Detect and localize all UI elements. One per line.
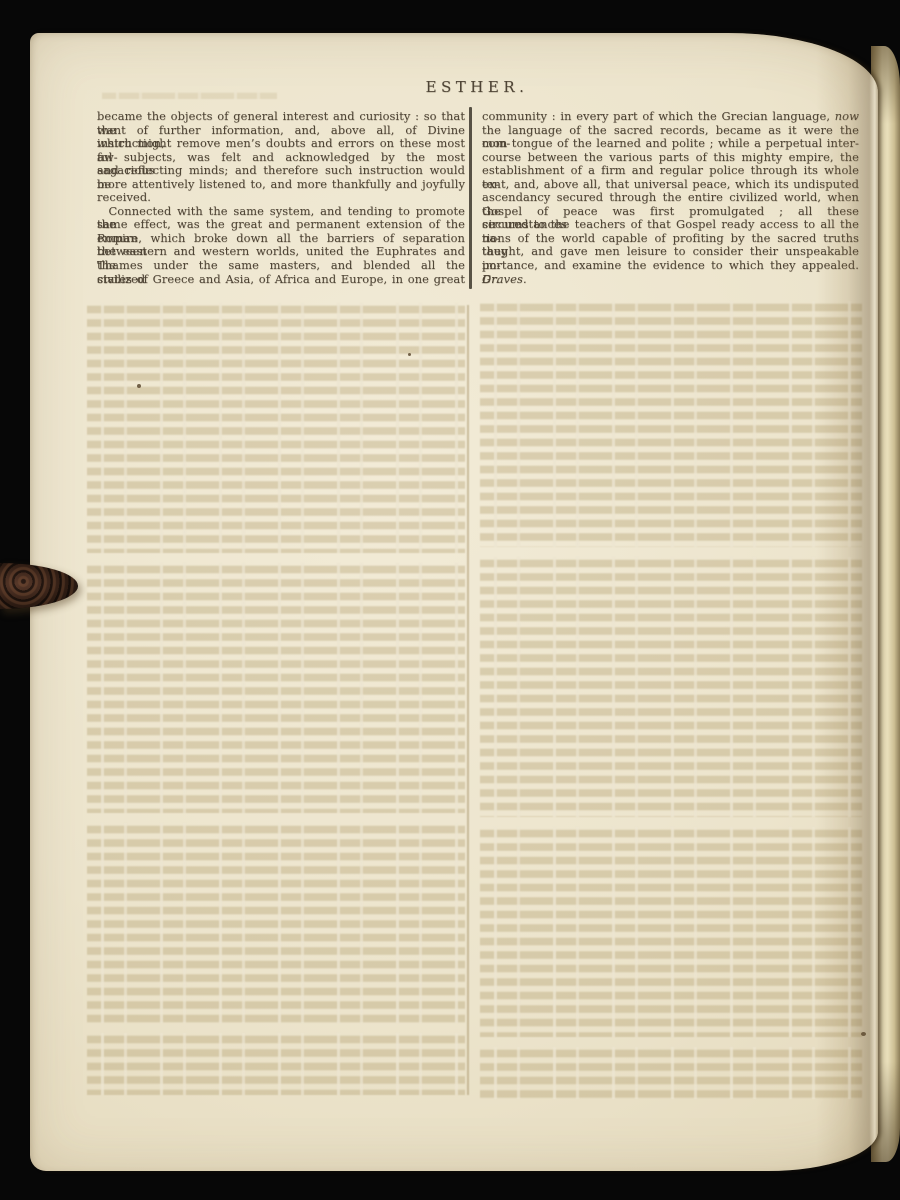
text-line: community : in every part of which the G… (482, 110, 859, 124)
text-line: the eastern and western worlds, united t… (97, 245, 465, 259)
text-line: course between the various parts of this… (482, 151, 859, 165)
text-line: Gospel of peace was first promulgated ; … (482, 205, 859, 219)
text-line: tions of the world capable of profiting … (482, 232, 859, 246)
showthrough-text-block (87, 563, 465, 813)
book-page: ESTHER. became the objects of general in… (30, 33, 878, 1171)
foxing-speck (861, 1032, 866, 1036)
text-line: Connected with the same system, and tend… (97, 205, 465, 219)
showthrough-text-block (480, 827, 862, 1037)
text-line: ascendancy secured through the entire ci… (482, 191, 859, 205)
text-line: tent, and, above all, that universal pea… (482, 178, 859, 192)
text-line: taught, and gave men leisure to consider… (482, 245, 859, 259)
text-line: same effect, was the great and permanent… (97, 218, 465, 232)
showthrough-column-rule (467, 305, 469, 1095)
foxing-speck (408, 353, 411, 356)
showthrough-text-block (480, 301, 862, 547)
text-line: states of Greece and Asia, of Africa and… (97, 273, 465, 287)
showthrough-text-block (480, 557, 862, 817)
text-column-right: community : in every part of which the G… (482, 110, 859, 286)
text-line: establishment of a firm and regular poli… (482, 164, 859, 178)
book-photograph: ESTHER. became the objects of general in… (0, 0, 900, 1200)
text-line: and reflecting minds; and therefore such… (97, 164, 465, 178)
showthrough-text-block (87, 303, 465, 553)
text-line: which might remove men’s doubts and erro… (97, 137, 465, 151)
text-line: secured to the teachers of that Gospel r… (482, 218, 859, 232)
text-line: mon tongue of the learned and polite ; w… (482, 137, 859, 151)
text-line: want of further information, and, above … (97, 124, 465, 138)
showthrough-text-block (480, 1047, 862, 1099)
text-line: Graves. (482, 273, 859, 287)
text-line: ful subjects, was felt and acknowledged … (97, 151, 465, 165)
text-line: the language of the sacred records, beca… (482, 124, 859, 138)
text-line: more attentively listened to, and more t… (97, 178, 465, 192)
text-line: became the objects of general interest a… (97, 110, 465, 124)
text-line: portance, and examine the evidence to wh… (482, 259, 859, 273)
showthrough-text-block (87, 823, 465, 1023)
showthrough-text-block (87, 1033, 465, 1095)
column-divider-rule (469, 107, 472, 289)
text-line: received. (97, 191, 465, 205)
foxing-speck (137, 384, 141, 388)
text-column-left: became the objects of general interest a… (97, 110, 465, 286)
showthrough-header-smudge (102, 90, 277, 99)
text-line: empire, which broke down all the barrier… (97, 232, 465, 246)
text-line: Thames under the same masters, and blend… (97, 259, 465, 273)
